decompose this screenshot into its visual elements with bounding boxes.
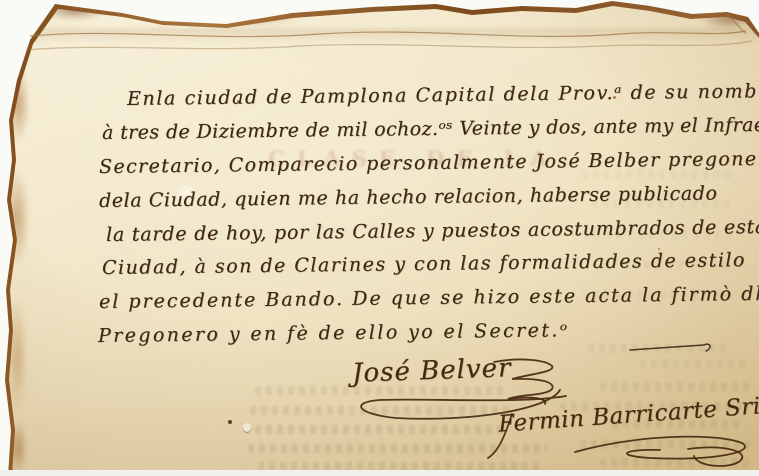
scanner-edge-strip xyxy=(0,470,759,476)
scanned-manuscript-page: CLASE DE LA Enla ciudad de Pamplona Capi… xyxy=(0,0,759,476)
signature-jose-belver: José Belver xyxy=(352,353,512,389)
